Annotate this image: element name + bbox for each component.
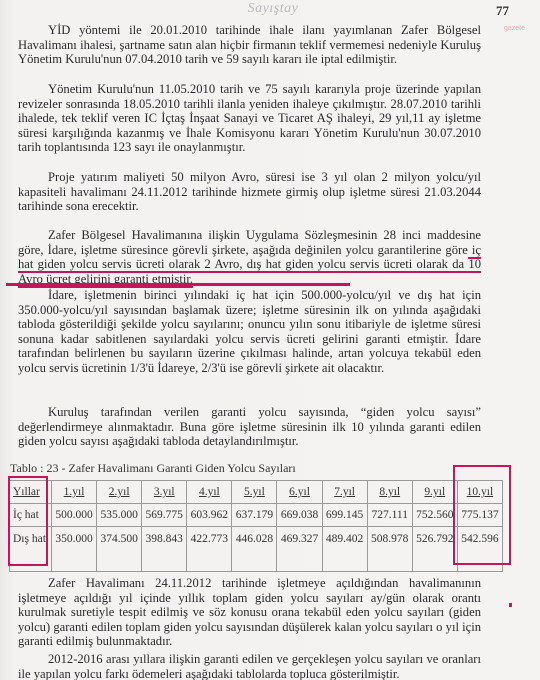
header-cell: 9.yıl <box>412 481 457 504</box>
paragraph-1-text: YİD yöntemi ile 20.01.2010 tarihinde iha… <box>18 23 481 66</box>
header-cell: 7.yıl <box>322 481 367 504</box>
paragraph-2-text: Yönetim Kurulu'nun 11.05.2010 tarih ve 7… <box>18 82 481 154</box>
header-cell: 5.yıl <box>232 481 277 504</box>
table-cell: 569.775 <box>142 504 187 527</box>
highlight-box-row-labels <box>8 476 48 566</box>
document-page: Sayıştay 77 gazete YİD yöntemi ile 20.01… <box>0 0 540 680</box>
table-cell: 374.500 <box>97 527 142 572</box>
marker-dot <box>509 603 512 607</box>
highlight-box-year-10 <box>453 465 511 565</box>
header-cell: 2.yıl <box>97 481 142 504</box>
table-cell: 669.038 <box>277 504 322 527</box>
paragraph-3-text: Proje yatırım maliyeti 50 milyon Avro, s… <box>18 170 481 213</box>
page-number: 77 <box>496 3 509 19</box>
table-header-row: Yıllar 1.yıl 2.yıl 3.yıl 4.yıl 5.yıl 6.y… <box>10 481 503 504</box>
paragraph-5: İdare, işletmenin birinci yılındaki iç h… <box>18 288 481 376</box>
header-cell: 1.yıl <box>52 481 97 504</box>
table-cell: 446.028 <box>232 527 277 572</box>
paragraph-8-text: 2012-2016 arası yıllara ilişkin garanti … <box>18 652 481 680</box>
table-cell: 398.843 <box>142 527 187 572</box>
paragraph-4-text: Zafer Bölgesel Havalimanına ilişkin Uygu… <box>18 228 481 257</box>
table-cell: 526.792 <box>412 527 457 572</box>
paragraph-5-text: İdare, işletmenin birinci yılındaki iç h… <box>18 288 481 375</box>
header-cell: 4.yıl <box>187 481 232 504</box>
highlight-underline <box>6 283 350 286</box>
table-cell: 727.111 <box>367 504 412 527</box>
table-cell: 469.327 <box>277 527 322 572</box>
table-cell: 637.179 <box>232 504 277 527</box>
paragraph-3: Proje yatırım maliyeti 50 milyon Avro, s… <box>18 170 481 214</box>
paragraph-7-text: Zafer Havalimanı 24.11.2012 tarihinde iş… <box>18 576 481 648</box>
paragraph-2: Yönetim Kurulu'nun 11.05.2010 tarih ve 7… <box>18 82 481 155</box>
table-cell: 535.000 <box>97 504 142 527</box>
paragraph-6: Kuruluş tarafından verilen garanti yolcu… <box>18 405 481 449</box>
table-caption: Tablo : 23 - Zafer Havalimanı Garanti Gi… <box>10 461 296 476</box>
header-cell: 8.yıl <box>367 481 412 504</box>
table-cell: 752.560 <box>412 504 457 527</box>
paragraph-7: Zafer Havalimanı 24.11.2012 tarihinde iş… <box>18 576 481 649</box>
table-row: Dış hat 350.000 374.500 398.843 422.773 … <box>10 527 503 572</box>
running-header: Sayıştay <box>228 1 318 17</box>
passenger-guarantee-table: Yıllar 1.yıl 2.yıl 3.yıl 4.yıl 5.yıl 6.y… <box>9 480 503 572</box>
table-cell: 350.000 <box>52 527 97 572</box>
table-cell: 422.773 <box>187 527 232 572</box>
header-cell: 3.yıl <box>142 481 187 504</box>
table-cell: 699.145 <box>322 504 367 527</box>
header-cell: 6.yıl <box>277 481 322 504</box>
paragraph-4: Zafer Bölgesel Havalimanına ilişkin Uygu… <box>18 228 481 286</box>
table-cell: 508.978 <box>367 527 412 572</box>
paragraph-8: 2012-2016 arası yıllara ilişkin garanti … <box>18 652 481 680</box>
table-cell: 603.962 <box>187 504 232 527</box>
watermark: gazete <box>504 25 525 32</box>
table-row: İç hat 500.000 535.000 569.775 603.962 6… <box>10 504 503 527</box>
table-cell: 489.402 <box>322 527 367 572</box>
table-cell: 500.000 <box>52 504 97 527</box>
paragraph-1: YİD yöntemi ile 20.01.2010 tarihinde iha… <box>18 23 481 67</box>
paragraph-6-text: Kuruluş tarafından verilen garanti yolcu… <box>18 405 481 448</box>
